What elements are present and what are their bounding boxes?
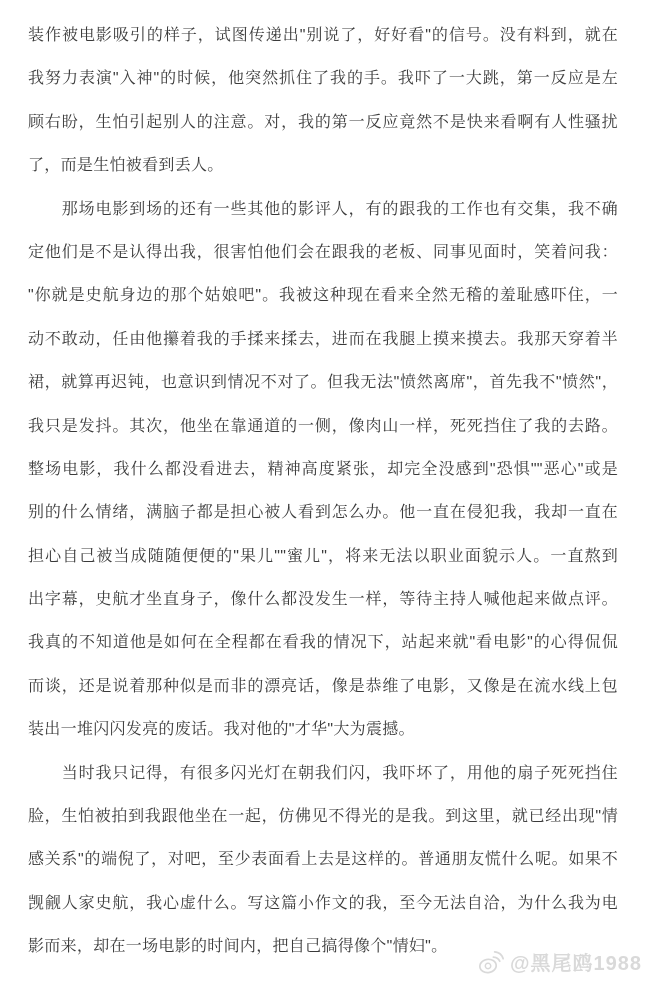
- text-line: 定他们是不是认得出我，很害怕他们会在跟我的老板、同事见面时，笑着问我：: [28, 231, 618, 274]
- text-line: 裙，就算再迟钝，也意识到情况不对了。但我无法"愤然离席"，首先我不"愤然"，: [28, 361, 618, 404]
- watermark-handle: @黑尾鸥1988: [510, 947, 642, 976]
- weibo-watermark: @黑尾鸥1988: [477, 947, 642, 976]
- text-line: 我真的不知道他是如何在全程都在看我的情况下，站起来就"看电影"的心得侃侃: [28, 621, 618, 664]
- weibo-icon: [477, 950, 505, 974]
- text-line: 动不敢动，任由他攥着我的手揉来揉去，进而在我腿上摸来摸去。我那天穿着半: [28, 318, 618, 361]
- text-line: 担心自己被当成随随便便的"果儿""蜜儿"，将来无法以职业面貌示人。一直熬到: [28, 535, 618, 578]
- text-line: 装作被电影吸引的样子，试图传递出"别说了，好好看"的信号。没有料到，就在: [28, 14, 618, 57]
- essay-body: 装作被电影吸引的样子，试图传递出"别说了，好好看"的信号。没有料到，就在我努力表…: [28, 14, 618, 969]
- text-line: 别的什么情绪，满脑子都是担心被人看到怎么办。他一直在侵犯我，我却一直在: [28, 491, 618, 534]
- text-line: 整场电影，我什么都没看进去，精神高度紧张，却完全没感到"恐惧""恶心"或是: [28, 448, 618, 491]
- text-line: 感关系"的端倪了，对吧，至少表面看上去是这样的。普通朋友慌什么呢。如果不: [28, 838, 618, 881]
- text-line: 觊觎人家史航，我心虚什么。写这篇小作文的我，至今无法自洽，为什么我为电: [28, 882, 618, 925]
- text-line: 当时我只记得，有很多闪光灯在朝我们闪，我吓坏了，用他的扇子死死挡住: [28, 752, 618, 795]
- text-line: 而谈，还是说着那种似是而非的漂亮话，像是恭维了电影，又像是在流水线上包: [28, 665, 618, 708]
- essay-page: 装作被电影吸引的样子，试图传递出"别说了，好好看"的信号。没有料到，就在我努力表…: [0, 0, 650, 988]
- text-line: 了，而是生怕被看到丢人。: [28, 144, 618, 187]
- text-line: 我只是发抖。其次，他坐在靠通道的一侧，像肉山一样，死死挡住了我的去路。: [28, 405, 618, 448]
- text-line: 我努力表演"入神"的时候，他突然抓住了我的手。我吓了一大跳，第一反应是左: [28, 57, 618, 100]
- text-line: 脸，生怕被拍到我跟他坐在一起，仿佛见不得光的是我。到这里，就已经出现"情: [28, 795, 618, 838]
- text-line: 顾右盼，生怕引起别人的注意。对，我的第一反应竟然不是快来看啊有人性骚扰: [28, 101, 618, 144]
- text-line: 装出一堆闪闪发亮的废话。我对他的"才华"大为震撼。: [28, 708, 618, 751]
- text-line: 出字幕，史航才坐直身子，像什么都没发生一样，等待主持人喊他起来做点评。: [28, 578, 618, 621]
- text-line: 那场电影到场的还有一些其他的影评人，有的跟我的工作也有交集，我不确: [28, 188, 618, 231]
- text-line: "你就是史航身边的那个姑娘吧"。我被这种现在看来全然无稽的羞耻感吓住，一: [28, 274, 618, 317]
